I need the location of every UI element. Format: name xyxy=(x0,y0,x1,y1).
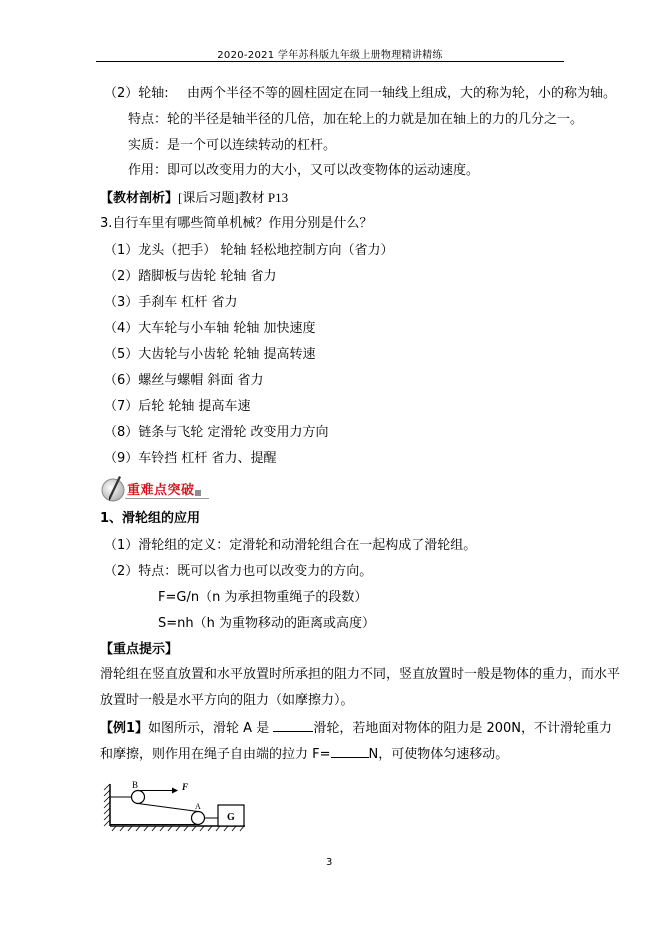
pulley-block-definition: （1）滑轮组的定义：定滑轮和动滑轮组合在一起构成了滑轮组。 xyxy=(104,538,476,554)
answer-item: （7）后轮 轮轴 提高车速 xyxy=(104,399,251,415)
answer-blank-force[interactable] xyxy=(331,745,369,758)
answer-blank-pulley-type[interactable] xyxy=(273,719,313,732)
example-text: N，可使物体匀速移动。 xyxy=(369,747,509,762)
wheel-axle-function: 作用：即可以改变用力的大小，又可以改变物体的运动速度。 xyxy=(128,163,479,179)
page-header: 2020-2021 学年苏科版九年级上册物理精讲精练 xyxy=(96,46,564,61)
banner-square-icon xyxy=(195,490,201,496)
example-text: 滑轮，若地面对物体的阻力是 200N，不计滑轮重力 xyxy=(313,721,612,736)
example-tag: 【例1】 xyxy=(100,721,148,736)
pulley-block-features: （2）特点：既可以省力也可以改变力的方向。 xyxy=(104,564,372,580)
formula-force: F=G/n（n 为承担物重绳子的段数） xyxy=(158,590,367,606)
key-hint-text-line1: 滑轮组在竖直放置和水平放置时所承担的阻力不同，竖直放置时一般是物体的重力，而水平 xyxy=(100,667,620,683)
textbook-source: [课后习题]教材 P13 xyxy=(178,190,288,205)
header-divider xyxy=(96,61,564,62)
key-hint-tag: 【重点提示】 xyxy=(100,642,178,658)
question-text: 3.自行车里有哪些简单机械？作用分别是什么？ xyxy=(100,216,372,232)
pulley-block-heading: 1、滑轮组的应用 xyxy=(100,511,200,527)
answer-item: （8）链条与飞轮 定滑轮 改变用力方向 xyxy=(104,425,329,441)
label-F: F xyxy=(181,782,188,792)
answer-item: （3）手刹车 杠杆 省力 xyxy=(104,295,238,311)
pulley-diagram-svg: B F A G xyxy=(100,776,260,832)
banner-underline xyxy=(125,498,209,499)
textbook-analysis-heading: 【教材剖析】[课后习题]教材 P13 xyxy=(100,190,288,207)
key-difficulty-banner: 重难点突破 xyxy=(99,473,209,501)
key-hint-text-line2: 放置时一般是水平方向的阻力（如摩擦力）。 xyxy=(100,693,354,709)
formula-distance: S=nh（h 为重物移动的距离或高度） xyxy=(158,616,375,632)
answer-item: （4）大车轮与小车轴 轮轴 加快速度 xyxy=(104,321,316,337)
item-label: （2）轮轴: xyxy=(104,86,169,101)
label-G: G xyxy=(227,812,235,823)
answer-item: （6）螺丝与螺帽 斜面 省力 xyxy=(104,373,264,389)
example-text: 和摩擦，则作用在绳子自由端的拉力 F= xyxy=(100,747,331,762)
answer-item: （5）大齿轮与小齿轮 轮轴 提高转速 xyxy=(104,347,316,363)
wheel-axle-features: 特点：轮的半径是轴半径的几倍，加在轮上的力就是加在轴上的力的几分之一。 xyxy=(128,112,583,128)
answer-item: （2）踏脚板与齿轮 轮轴 省力 xyxy=(104,269,277,285)
label-A: A xyxy=(195,802,201,811)
example-text: 如图所示，滑轮 A 是 xyxy=(148,721,273,736)
example1-line2: 和摩擦，则作用在绳子自由端的拉力 F=N，可使物体匀速移动。 xyxy=(100,745,508,763)
wheel-axle-definition: （2）轮轴: 由两个半径不等的圆柱固定在同一轴线上组成，大的称为轮，小的称为轴。 xyxy=(104,86,616,102)
answer-item: （1）龙头（把手） 轮轴 轻松地控制方向（省力） xyxy=(104,243,394,259)
label-B: B xyxy=(132,780,138,790)
wheel-axle-essence: 实质：是一个可以连续转动的杠杆。 xyxy=(128,138,336,154)
example1-line1: 【例1】如图所示，滑轮 A 是 滑轮，若地面对物体的阻力是 200N，不计滑轮重… xyxy=(100,719,612,737)
answer-item: （9）车铃挡 杠杆 省力、提醒 xyxy=(104,451,277,467)
banner-label: 重难点突破 xyxy=(127,479,195,498)
definition-text: 由两个半径不等的圆柱固定在同一轴线上组成，大的称为轮，小的称为轴。 xyxy=(187,86,616,101)
pulley-diagram: B F A G xyxy=(100,776,260,832)
page-number: 3 xyxy=(326,857,332,868)
textbook-analysis-tag: 【教材剖析】 xyxy=(100,191,178,206)
